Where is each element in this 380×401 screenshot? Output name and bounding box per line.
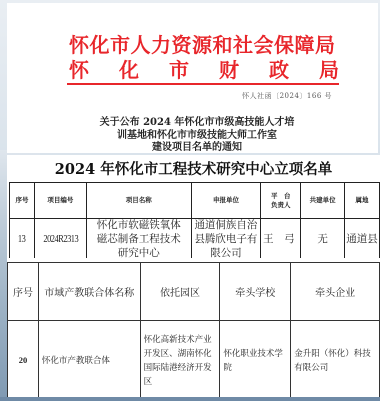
issuing-org-hr: 怀化市人力资源和社会保障局 bbox=[69, 33, 339, 57]
cell-lead-enterprise: 金升阳（怀化）科技有限公司 bbox=[291, 321, 380, 399]
table-header-row: 序号 项目编号 项目名称 申报单位 平 台 负责人 共建单位 属地 bbox=[10, 183, 380, 219]
cell-text: 2024R2313 bbox=[43, 233, 78, 247]
cell-applicant: 通道侗族自治县腾欣电子有限公司 bbox=[191, 219, 261, 262]
header-line: 平 台 bbox=[261, 192, 300, 201]
cell-union-name: 怀化市产教联合体 bbox=[38, 321, 140, 399]
notice-document: 怀化市人力资源和社会保障局 怀 化 市 财 政 局 怀人社函〔2024〕166 … bbox=[7, 3, 378, 153]
header-index: 序号 bbox=[8, 263, 39, 321]
header-applicant: 申报单位 bbox=[191, 183, 261, 219]
cell-text: 13 bbox=[18, 233, 25, 247]
notice-title-line: 训基地和怀化市市级技能大师工作室 bbox=[47, 130, 347, 143]
cell-park: 怀化高新技术产业开发区、湖南怀化国际陆港经济开发区 bbox=[140, 321, 220, 399]
header-project-code: 项目编号 bbox=[34, 183, 86, 219]
header-park: 依托园区 bbox=[140, 263, 220, 321]
red-divider bbox=[67, 83, 339, 85]
cell-platform-lead: 王 弓 bbox=[261, 219, 301, 262]
header-lead-school: 牵头学校 bbox=[220, 263, 291, 321]
tech-center-list: 2024 年怀化市工程技术研究中心立项名单 序号 项目编号 项目名称 申报单位 … bbox=[7, 155, 380, 259]
table-header-row: 序号 市域产教联合体名称 依托园区 牵头学校 牵头企业 bbox=[8, 263, 380, 321]
table-row: 20 怀化市产教联合体 怀化高新技术产业开发区、湖南怀化国际陆港经济开发区 怀化… bbox=[8, 321, 380, 399]
union-table: 序号 市域产教联合体名称 依托园区 牵头学校 牵头企业 20 怀化市产教联合体 … bbox=[7, 262, 380, 399]
org-char: 财 bbox=[219, 58, 239, 82]
cell-project-name: 怀化市软磁铁氧体磁芯制备工程技术研究中心 bbox=[86, 219, 191, 262]
header-union-name: 市域产教联合体名称 bbox=[38, 263, 140, 321]
org-char: 局 bbox=[319, 58, 339, 82]
org-char: 市 bbox=[169, 58, 189, 82]
header-lead-enterprise: 牵头企业 bbox=[291, 263, 380, 321]
header-locality: 属地 bbox=[345, 183, 380, 219]
industry-education-union-list: 序号 市域产教联合体名称 依托园区 牵头学校 牵头企业 20 怀化市产教联合体 … bbox=[7, 258, 380, 397]
cell-index: 20 bbox=[8, 321, 39, 399]
org-char: 政 bbox=[269, 58, 289, 82]
issuing-org-finance: 怀 化 市 财 政 局 bbox=[69, 58, 339, 82]
notice-title-line: 建设项目名单的通知 bbox=[47, 142, 347, 155]
cell-index: 13 bbox=[10, 219, 35, 262]
notice-title: 关于公布 2024 年怀化市市级高技能人才培 训基地和怀化市市级技能大师工作室 … bbox=[47, 117, 347, 155]
tech-center-table: 序号 项目编号 项目名称 申报单位 平 台 负责人 共建单位 属地 13 202… bbox=[9, 182, 380, 262]
org-char: 怀 bbox=[69, 58, 89, 82]
org-char: 化 bbox=[119, 58, 139, 82]
bottom-edge bbox=[0, 397, 380, 401]
list-title: 2024 年怀化市工程技术研究中心立项名单 bbox=[7, 158, 380, 179]
header-co-builder: 共建单位 bbox=[301, 183, 345, 219]
header-platform-lead: 平 台 负责人 bbox=[261, 183, 301, 219]
cell-locality: 通道县 bbox=[345, 219, 380, 262]
cell-lead-school: 怀化职业技术学院 bbox=[220, 321, 291, 399]
document-number: 怀人社函〔2024〕166 号 bbox=[207, 91, 332, 101]
cell-co-builder: 无 bbox=[301, 219, 345, 262]
header-index: 序号 bbox=[10, 183, 35, 219]
header-project-name: 项目名称 bbox=[86, 183, 191, 219]
header-line: 负责人 bbox=[261, 201, 300, 210]
notice-title-line: 关于公布 2024 年怀化市市级高技能人才培 bbox=[47, 117, 347, 130]
table-row: 13 2024R2313 怀化市软磁铁氧体磁芯制备工程技术研究中心 通道侗族自治… bbox=[10, 219, 380, 262]
cell-project-code: 2024R2313 bbox=[34, 219, 86, 262]
